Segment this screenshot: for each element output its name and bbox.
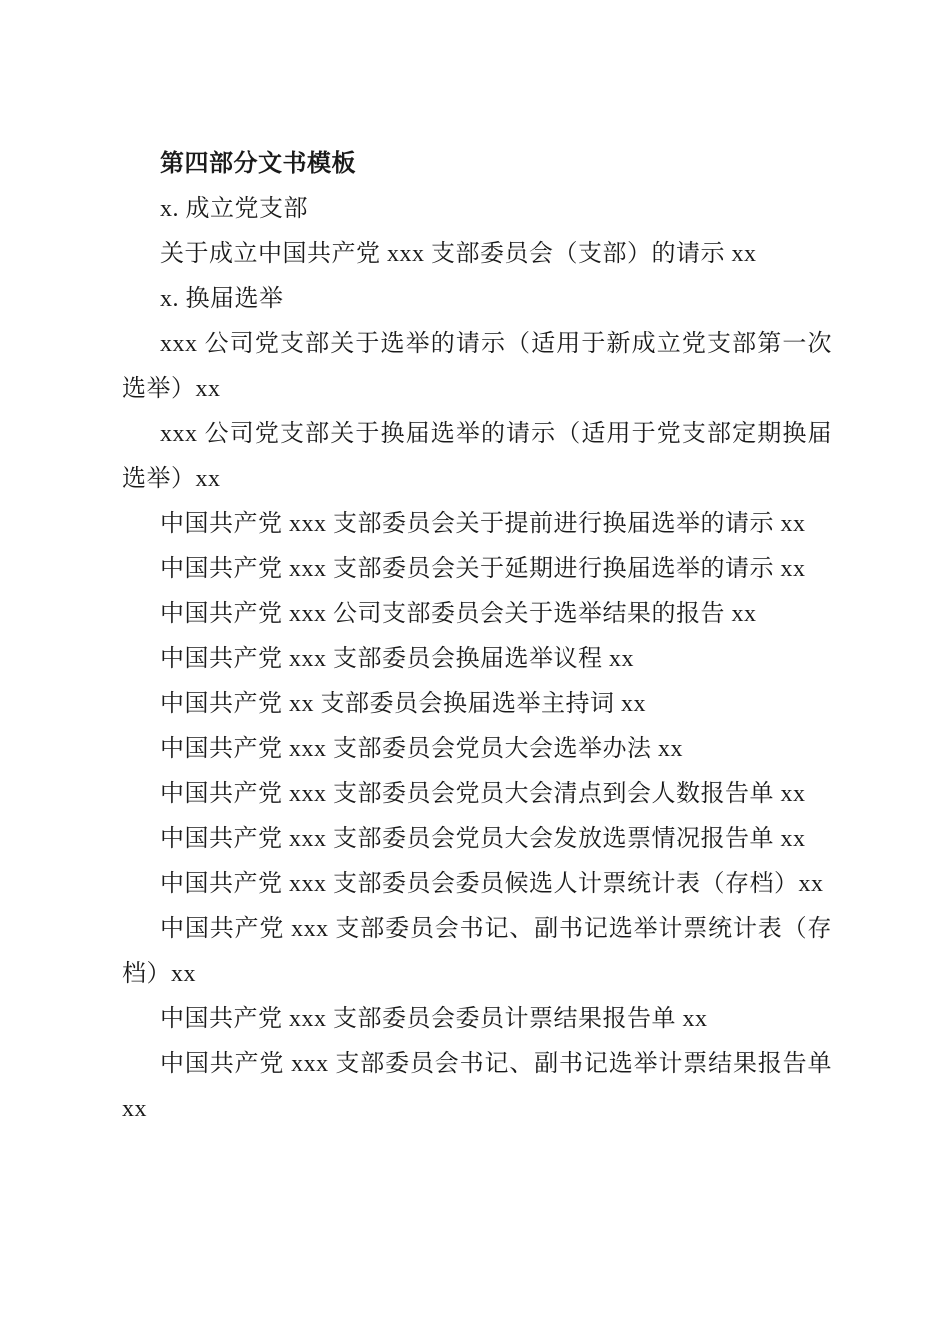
doc-paragraph: 中国共产党 xxx 支部委员会委员候选人计票统计表（存档）xx: [122, 862, 832, 907]
doc-paragraph: 中国共产党 xx 支部委员会换届选举主持词 xx: [122, 682, 832, 727]
doc-paragraph: 中国共产党 xxx 支部委员会关于提前进行换届选举的请示 xx: [122, 502, 832, 547]
document-text-block: 第四部分文书模板 x. 成立党支部 关于成立中国共产党 xxx 支部委员会（支部…: [122, 142, 832, 1132]
doc-paragraph: 中国共产党 xxx 支部委员会党员大会选举办法 xx: [122, 727, 832, 772]
doc-paragraph-list-label: x. 换届选举: [122, 277, 832, 322]
doc-paragraph: 中国共产党 xxx 支部委员会书记、副书记选举计票统计表（存档）xx: [122, 907, 832, 997]
doc-paragraph: 中国共产党 xxx 公司支部委员会关于选举结果的报告 xx: [122, 592, 832, 637]
document-page: 第四部分文书模板 x. 成立党支部 关于成立中国共产党 xxx 支部委员会（支部…: [0, 0, 950, 1344]
section-heading: 第四部分文书模板: [122, 142, 832, 187]
doc-paragraph: 中国共产党 xxx 支部委员会党员大会发放选票情况报告单 xx: [122, 817, 832, 862]
doc-paragraph: 中国共产党 xxx 支部委员会委员计票结果报告单 xx: [122, 997, 832, 1042]
doc-paragraph: xxx 公司党支部关于选举的请示（适用于新成立党支部第一次选举）xx: [122, 322, 832, 412]
doc-paragraph: 中国共产党 xxx 支部委员会关于延期进行换届选举的请示 xx: [122, 547, 832, 592]
doc-paragraph-list-label: x. 成立党支部: [122, 187, 832, 232]
doc-paragraph: 中国共产党 xxx 支部委员会书记、副书记选举计票结果报告单 xx: [122, 1042, 832, 1132]
doc-paragraph: 中国共产党 xxx 支部委员会换届选举议程 xx: [122, 637, 832, 682]
doc-paragraph: 关于成立中国共产党 xxx 支部委员会（支部）的请示 xx: [122, 232, 832, 277]
doc-paragraph: xxx 公司党支部关于换届选举的请示（适用于党支部定期换届选举）xx: [122, 412, 832, 502]
doc-paragraph: 中国共产党 xxx 支部委员会党员大会清点到会人数报告单 xx: [122, 772, 832, 817]
